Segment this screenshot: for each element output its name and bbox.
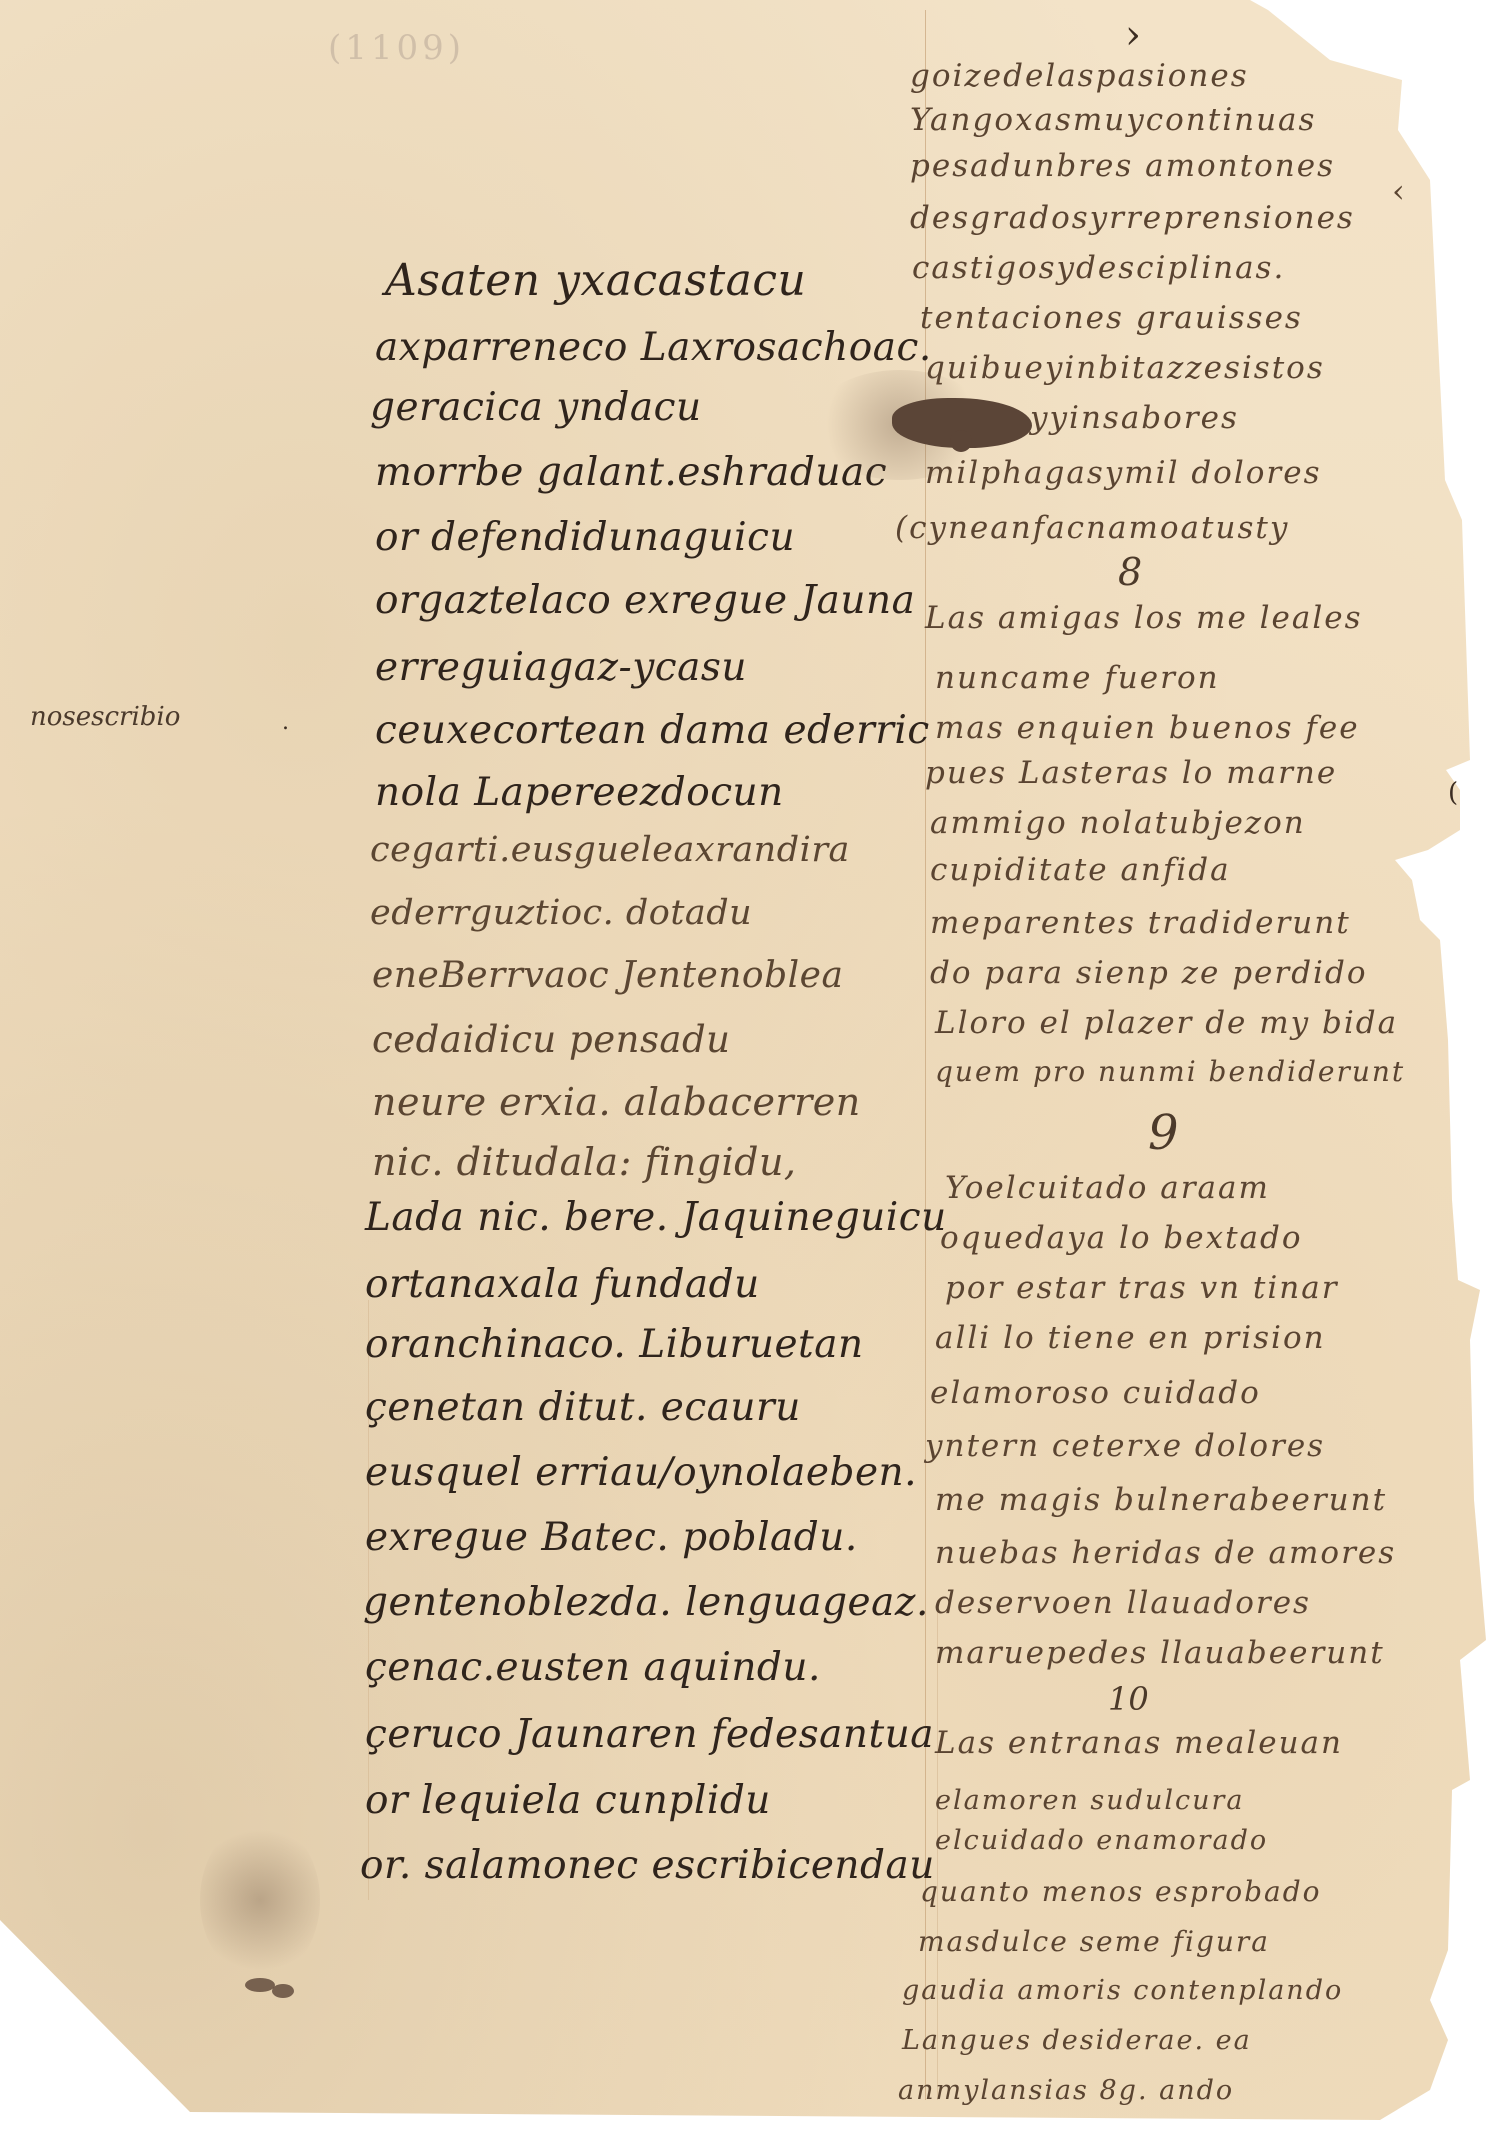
left-line-4: morrbe galant.eshraduac	[375, 450, 887, 495]
stanza-3-line-7: me magis bulnerabeerunt	[935, 1482, 1387, 1518]
left-line-3: geracica yndacu	[370, 385, 702, 430]
left-line-16: Lada nic. bere. Jaquineguicu	[365, 1195, 947, 1240]
edge-ink-mark: (	[1448, 778, 1458, 808]
stanza-3-line-6: yntern ceterxe dolores	[925, 1428, 1325, 1464]
paper-stain	[200, 1820, 320, 1980]
left-line-2: axparreneco Laxrosachoac.	[375, 325, 932, 370]
margin-note: nosescribio	[30, 702, 180, 732]
stanza-1-line-2: Yangoxasmuycontinuas	[910, 102, 1316, 138]
left-line-17: ortanaxala fundadu	[365, 1262, 760, 1307]
stanza-1-line-10: (cyneanfacnamoatusty	[895, 510, 1289, 546]
stanza-4-line-2: elamoren sudulcura	[935, 1785, 1245, 1816]
stanza-3-line-2: oquedaya lo bextado	[940, 1220, 1303, 1256]
caret-mark: ›	[1125, 12, 1141, 58]
stanza-1-line-5: castigosydesciplinas.	[912, 250, 1285, 286]
left-line-15: nic. ditudala: fingidu,	[372, 1140, 797, 1184]
stanza-2-line-7: meparentes tradiderunt	[930, 905, 1351, 941]
stanza-3-line-5: elamoroso cuidado	[930, 1375, 1261, 1411]
left-line-5: or defendidunaguicu	[375, 515, 795, 560]
left-line-21: exregue Batec. pobladu.	[365, 1515, 858, 1560]
stanza-4-line-7: Langues desiderae. ea	[902, 2025, 1252, 2056]
left-line-13: cedaidicu pensadu	[372, 1018, 731, 1061]
stanza-3-line-9: deservoen llauadores	[935, 1585, 1311, 1621]
left-line-7: erreguiagaz-ycasu	[375, 645, 747, 690]
stanza-1-line-3: pesadunbres amontones	[910, 148, 1335, 184]
stanza-3-line-1: Yoelcuitado araam	[945, 1170, 1270, 1206]
stanza-1-line-9: milphagasymil dolores	[925, 455, 1322, 491]
stanza-2-line-4: pues Lasteras lo marne	[925, 755, 1337, 791]
arrow-mark: ‹	[1392, 172, 1405, 210]
section-number-8: 8	[1118, 550, 1142, 594]
stanza-2-line-2: nuncame fueron	[935, 660, 1220, 696]
stanza-3-line-3: por estar tras vn tinar	[945, 1270, 1339, 1306]
margin-dot: .	[282, 710, 289, 735]
left-line-18: oranchinaco. Liburuetan	[365, 1322, 864, 1367]
stanza-4-line-5: masdulce seme figura	[918, 1925, 1270, 1958]
stanza-4-line-8: anmylansias 8g. ando	[898, 2075, 1234, 2106]
left-line-19: çenetan ditut. ecauru	[365, 1385, 801, 1430]
left-line-8: ceuxecortean dama ederric	[375, 708, 930, 753]
ink-spots	[245, 1978, 275, 1992]
left-line-12: eneBerrvaoc Jentenoblea	[372, 955, 843, 996]
stanza-2-line-5: ammigo nolatubjezon	[930, 805, 1306, 841]
stanza-2-line-3: mas enquien buenos fee	[935, 710, 1360, 746]
folio-number: (1109)	[328, 28, 465, 68]
stanza-2-line-9: Lloro el plazer de my bida	[935, 1005, 1398, 1041]
stanza-3-line-10: maruepedes llauabeerunt	[935, 1635, 1385, 1671]
stanza-3-line-8: nuebas heridas de amores	[935, 1535, 1396, 1571]
section-number-10: 10	[1108, 1680, 1149, 1718]
left-line-24: çeruco Jaunaren fedesantua	[365, 1712, 934, 1757]
ink-blot-drip	[950, 430, 972, 452]
left-line-25: or lequiela cunplidu	[365, 1778, 771, 1823]
left-line-10: cegarti.eusgueleaxrandira	[370, 830, 850, 870]
stanza-1-line-1: goizedelaspasiones	[910, 58, 1249, 94]
stanza-4-line-4: quanto menos esprobado	[920, 1875, 1321, 1908]
stanza-4-line-3: elcuidado enamorado	[935, 1825, 1268, 1856]
left-line-26: or. salamonec escribicendau	[360, 1843, 935, 1888]
left-line-23: çenac.eusten aquindu.	[365, 1645, 821, 1690]
left-line-14: neure erxia. alabacerren	[372, 1080, 861, 1124]
stanza-1-line-7: quibueyinbitazzesistos	[925, 350, 1325, 386]
left-line-9: nola Lapereezdocun	[375, 770, 784, 815]
left-line-1: Asaten yxacastacu	[385, 255, 806, 306]
left-line-22: gentenoblezda. lenguageaz.	[363, 1580, 929, 1625]
stanza-2-line-8: do para sienp ze perdido	[930, 955, 1367, 991]
stanza-2-line-10: quem pro nunmi bendiderunt	[935, 1055, 1405, 1088]
stanza-2-line-1: Las amigas los me leales	[925, 600, 1363, 636]
left-line-20: eusquel erriau/oynolaeben.	[365, 1450, 917, 1495]
stanza-4-line-6: gaudia amoris contenplando	[902, 1975, 1343, 2006]
left-line-6: orgaztelaco exregue Jauna	[375, 578, 915, 623]
stanza-3-line-4: alli lo tiene en prision	[935, 1320, 1326, 1356]
stanza-1-line-4: desgradosyrreprensiones	[910, 200, 1355, 236]
ink-spot-2	[272, 1984, 294, 1998]
stanza-1-line-6: tentaciones grauisses	[920, 300, 1303, 336]
stanza-1-line-8: yyinsabores	[1030, 400, 1239, 436]
stanza-2-line-6: cupiditate anfida	[930, 852, 1231, 888]
left-line-11: ederrguztioc. dotadu	[370, 893, 752, 933]
stanza-4-line-1: Las entranas mealeuan	[935, 1725, 1343, 1761]
section-number-9: 9	[1148, 1105, 1179, 1161]
